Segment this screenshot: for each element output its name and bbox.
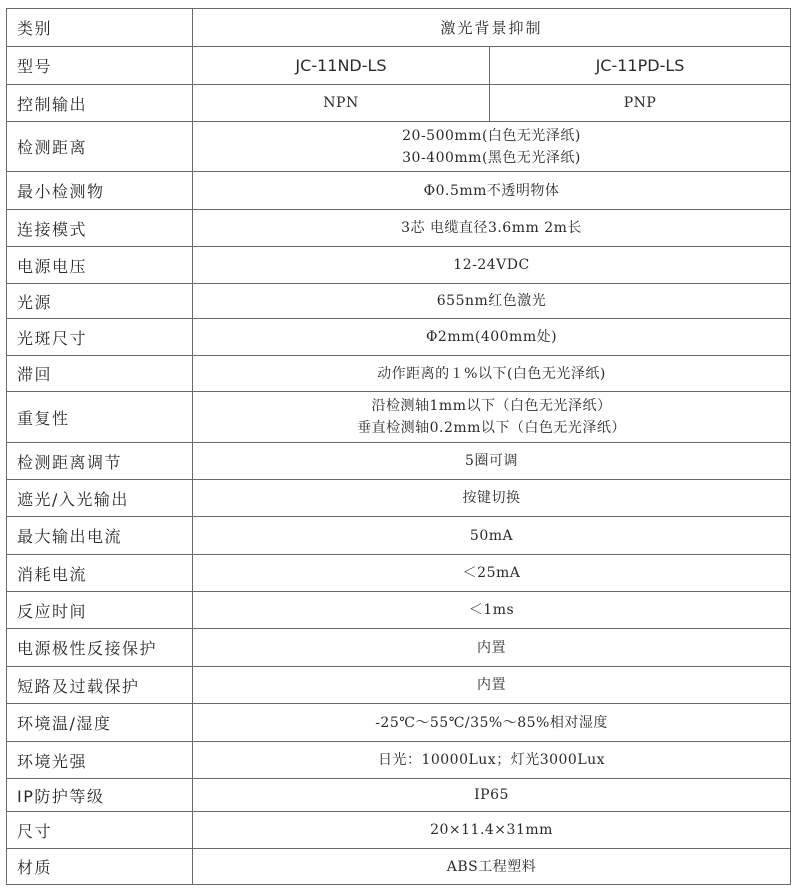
value-line: Φ0.5mm不透明物体 <box>193 180 790 202</box>
value-line: 5圈可调 <box>193 450 790 472</box>
row-value: 动作距离的１%以下(白色无光泽纸) <box>193 356 791 392</box>
row-value: ABS工程塑料 <box>193 849 791 885</box>
row-label: 滞回 <box>7 356 193 392</box>
value-line: 50mA <box>193 525 790 547</box>
row-value: 内置 <box>193 629 791 667</box>
row-value: 20×11.4×31mm <box>193 812 791 849</box>
row-value: ＜25mA <box>193 555 791 592</box>
table-row: 检测距离20-500mm(白色无光泽纸)30-400mm(黑色无光泽纸) <box>7 122 791 172</box>
table-row: 短路及过载保护内置 <box>7 667 791 704</box>
table-row-output: 控制输出 NPN PNP <box>7 85 791 122</box>
value-line: -25℃～55℃/35%～85%相对湿度 <box>193 712 790 734</box>
model-npn: JC-11ND-LS <box>193 47 490 85</box>
row-label: 消耗电流 <box>7 555 193 592</box>
row-value: 12-24VDC <box>193 247 791 284</box>
value-line: 12-24VDC <box>193 254 790 276</box>
row-label: 光斑尺寸 <box>7 319 193 356</box>
table-row: 反应时间＜1ms <box>7 592 791 629</box>
row-label: 光源 <box>7 284 193 319</box>
row-value: 3芯 电缆直径3.6mm 2m长 <box>193 210 791 247</box>
value-line: 动作距离的１%以下(白色无光泽纸) <box>193 363 790 385</box>
category-value: 激光背景抑制 <box>193 9 791 47</box>
row-label: 检测距离 <box>7 122 193 172</box>
row-value: 20-500mm(白色无光泽纸)30-400mm(黑色无光泽纸) <box>193 122 791 172</box>
spec-table: 类别 激光背景抑制 型号 JC-11ND-LS JC-11PD-LS 控制输出 … <box>6 8 791 885</box>
row-value: Φ2mm(400mm处) <box>193 319 791 356</box>
row-label: 重复性 <box>7 392 193 443</box>
table-row: 检测距离调节5圈可调 <box>7 443 791 480</box>
value-line: 日光：10000Lux；灯光3000Lux <box>193 749 790 771</box>
row-label: 电源电压 <box>7 247 193 284</box>
row-value: 内置 <box>193 667 791 704</box>
value-line: 20×11.4×31mm <box>193 819 790 841</box>
output-npn: NPN <box>193 85 490 122</box>
table-row: 最大输出电流50mA <box>7 517 791 555</box>
table-row: 环境光强日光：10000Lux；灯光3000Lux <box>7 742 791 779</box>
row-label: 检测距离调节 <box>7 443 193 480</box>
row-label: 电源极性反接保护 <box>7 629 193 667</box>
value-line: 20-500mm(白色无光泽纸) <box>193 125 790 147</box>
value-line: 内置 <box>193 637 790 659</box>
row-value: 655nm红色激光 <box>193 284 791 319</box>
table-row: 电源极性反接保护内置 <box>7 629 791 667</box>
row-label: 连接模式 <box>7 210 193 247</box>
value-line: 3芯 电缆直径3.6mm 2m长 <box>193 217 790 239</box>
row-value: IP65 <box>193 779 791 812</box>
row-value: 按键切换 <box>193 480 791 517</box>
table-row: 材质ABS工程塑料 <box>7 849 791 885</box>
output-pnp: PNP <box>490 85 791 122</box>
row-value: Φ0.5mm不透明物体 <box>193 172 791 210</box>
row-label: 反应时间 <box>7 592 193 629</box>
table-row: 遮光/入光输出按键切换 <box>7 480 791 517</box>
table-row-category: 类别 激光背景抑制 <box>7 9 791 47</box>
value-line: 655nm红色激光 <box>193 290 790 312</box>
row-label: 材质 <box>7 849 193 885</box>
value-line: 内置 <box>193 674 790 696</box>
row-label: 尺寸 <box>7 812 193 849</box>
model-pnp: JC-11PD-LS <box>490 47 791 85</box>
row-label: IP防护等级 <box>7 779 193 812</box>
row-label: 控制输出 <box>7 85 193 122</box>
table-row: IP防护等级IP65 <box>7 779 791 812</box>
table-row: 环境温/湿度-25℃～55℃/35%～85%相对湿度 <box>7 704 791 742</box>
row-value: ＜1ms <box>193 592 791 629</box>
table-row: 最小检测物Φ0.5mm不透明物体 <box>7 172 791 210</box>
value-line: Φ2mm(400mm处) <box>193 326 790 348</box>
row-label: 遮光/入光输出 <box>7 480 193 517</box>
value-line: ABS工程塑料 <box>193 856 790 878</box>
row-value: 沿检测轴1mm以下（白色无光泽纸）垂直检测轴0.2mm以下（白色无光泽纸） <box>193 392 791 443</box>
table-row: 电源电压12-24VDC <box>7 247 791 284</box>
value-line: ＜1ms <box>193 599 790 621</box>
row-value: 5圈可调 <box>193 443 791 480</box>
row-label: 环境温/湿度 <box>7 704 193 742</box>
row-label: 短路及过载保护 <box>7 667 193 704</box>
row-label: 型号 <box>7 47 193 85</box>
value-line: 沿检测轴1mm以下（白色无光泽纸） <box>193 395 790 417</box>
row-value: 50mA <box>193 517 791 555</box>
value-line: IP65 <box>193 784 790 806</box>
table-row: 光源655nm红色激光 <box>7 284 791 319</box>
value-line: 30-400mm(黑色无光泽纸) <box>193 147 790 169</box>
value-line: 垂直检测轴0.2mm以下（白色无光泽纸） <box>193 417 790 439</box>
table-row: 连接模式3芯 电缆直径3.6mm 2m长 <box>7 210 791 247</box>
table-row-model: 型号 JC-11ND-LS JC-11PD-LS <box>7 47 791 85</box>
table-row: 消耗电流＜25mA <box>7 555 791 592</box>
row-label: 环境光强 <box>7 742 193 779</box>
row-value: 日光：10000Lux；灯光3000Lux <box>193 742 791 779</box>
table-row: 尺寸20×11.4×31mm <box>7 812 791 849</box>
row-label: 类别 <box>7 9 193 47</box>
row-label: 最小检测物 <box>7 172 193 210</box>
row-value: -25℃～55℃/35%～85%相对湿度 <box>193 704 791 742</box>
row-label: 最大输出电流 <box>7 517 193 555</box>
value-line: ＜25mA <box>193 562 790 584</box>
table-row: 滞回动作距离的１%以下(白色无光泽纸) <box>7 356 791 392</box>
table-row: 光斑尺寸Φ2mm(400mm处) <box>7 319 791 356</box>
table-row: 重复性沿检测轴1mm以下（白色无光泽纸）垂直检测轴0.2mm以下（白色无光泽纸） <box>7 392 791 443</box>
value-line: 按键切换 <box>193 487 790 509</box>
